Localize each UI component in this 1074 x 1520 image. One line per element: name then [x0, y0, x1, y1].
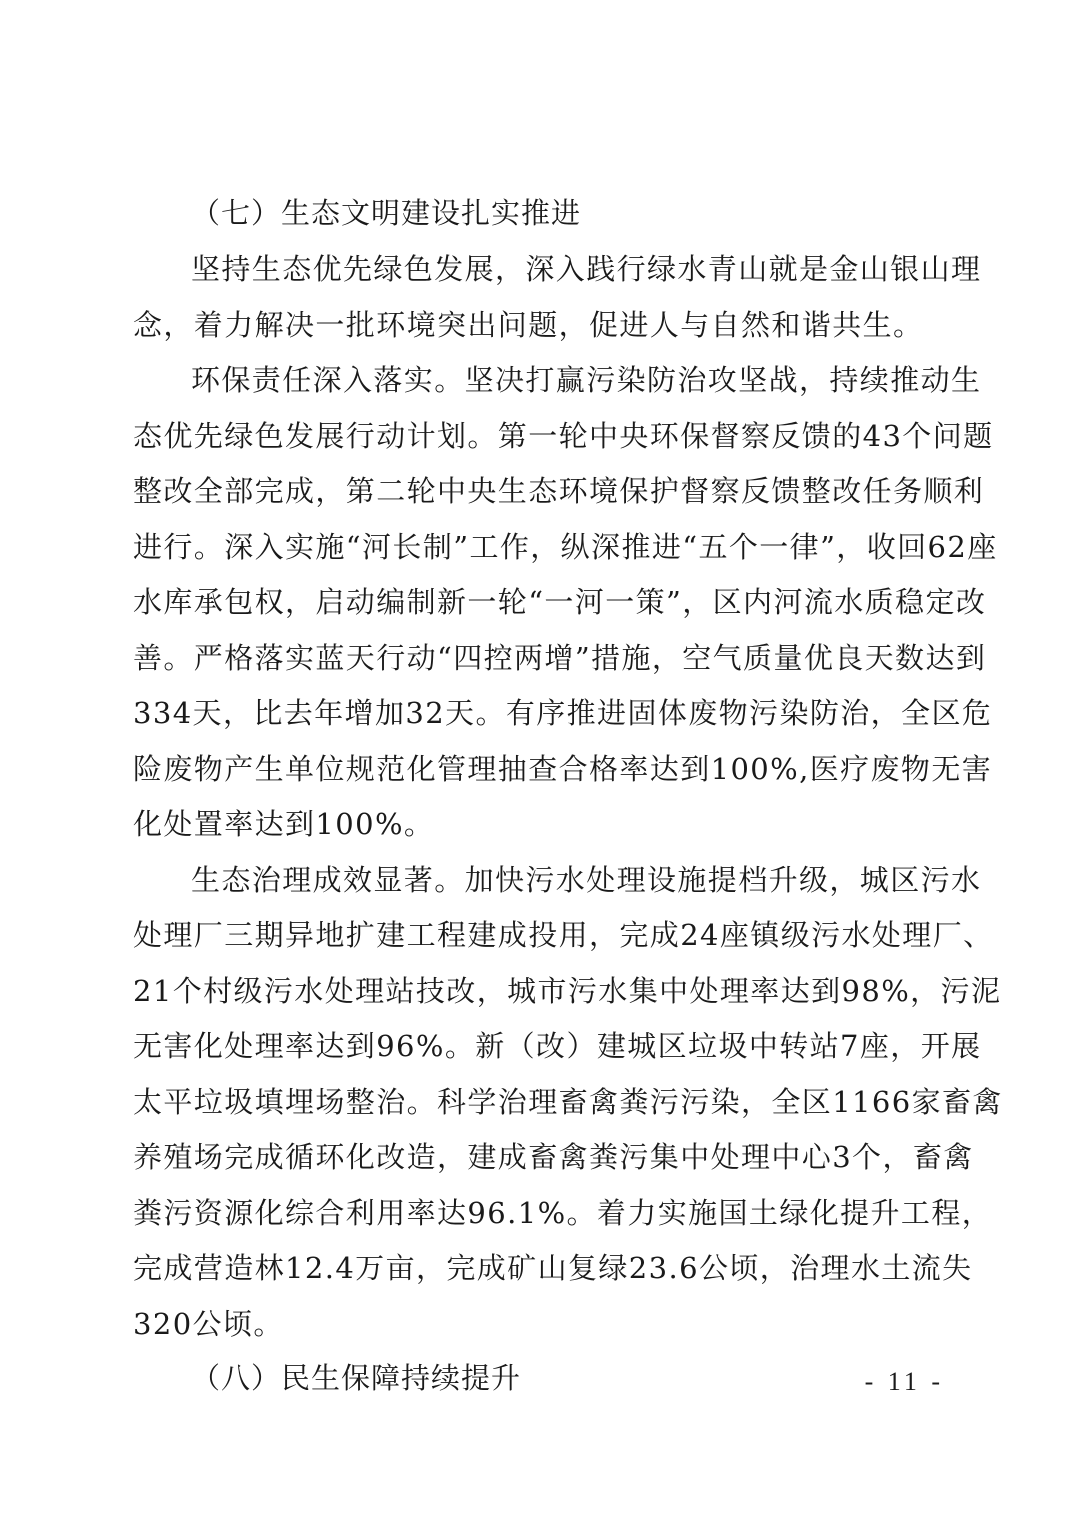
paragraph-3-line-2: 处理厂三期异地扩建工程建成投用，完成24座镇级污水处理厂、	[133, 915, 943, 955]
paragraph-3-line-6: 养殖场完成循环化改造，建成畜禽粪污集中处理中心3个，畜禽	[133, 1137, 943, 1177]
paragraph-3-line-8: 完成营造林12.4万亩，完成矿山复绿23.6公顷，治理水土流失	[133, 1248, 943, 1288]
paragraph-2-line-5: 水库承包权，启动编制新一轮“一河一策”，区内河流水质稳定改	[133, 582, 943, 622]
paragraph-3-line-9: 320公顷。	[133, 1304, 943, 1344]
paragraph-1-line-2: 念，着力解决一批环境突出问题，促进人与自然和谐共生。	[133, 305, 943, 345]
paragraph-2-line-2: 态优先绿色发展行动计划。第一轮中央环保督察反馈的43个问题	[133, 416, 943, 456]
paragraph-2-line-1: 环保责任深入落实。坚决打赢污染防治攻坚战，持续推动生	[191, 360, 943, 400]
section-heading-8: （八）民生保障持续提升	[191, 1358, 521, 1398]
paragraph-2-line-4: 进行。深入实施“河长制”工作，纵深推进“五个一律”，收回62座	[133, 527, 943, 567]
paragraph-2-line-7: 334天，比去年增加32天。有序推进固体废物污染防治，全区危	[133, 693, 943, 733]
paragraph-3-line-3: 21个村级污水处理站技改，城市污水集中处理率达到98%，污泥	[133, 971, 943, 1011]
paragraph-2-line-6: 善。严格落实蓝天行动“四控两增”措施，空气质量优良天数达到	[133, 638, 943, 678]
paragraph-2-line-9: 化处置率达到100%。	[133, 804, 943, 844]
paragraph-2-line-3: 整改全部完成，第二轮中央生态环境保护督察反馈整改任务顺利	[133, 471, 943, 511]
paragraph-2-line-8: 险废物产生单位规范化管理抽查合格率达到100%,医疗废物无害	[133, 749, 943, 789]
paragraph-3-line-4: 无害化处理率达到96%。新（改）建城区垃圾中转站7座，开展	[133, 1026, 943, 1066]
page-number: - 11 -	[865, 1364, 944, 1400]
section-heading-7: （七）生态文明建设扎实推进	[191, 193, 581, 233]
paragraph-3-line-1: 生态治理成效显著。加快污水处理设施提档升级，城区污水	[191, 860, 943, 900]
paragraph-1-line-1: 坚持生态优先绿色发展，深入践行绿水青山就是金山银山理	[191, 249, 943, 289]
document-page: （七）生态文明建设扎实推进 坚持生态优先绿色发展，深入践行绿水青山就是金山银山理…	[0, 0, 1074, 1520]
paragraph-3-line-5: 太平垃圾填埋场整治。科学治理畜禽粪污污染，全区1166家畜禽	[133, 1082, 943, 1122]
paragraph-3-line-7: 粪污资源化综合利用率达96.1%。着力实施国土绿化提升工程，	[133, 1193, 943, 1233]
